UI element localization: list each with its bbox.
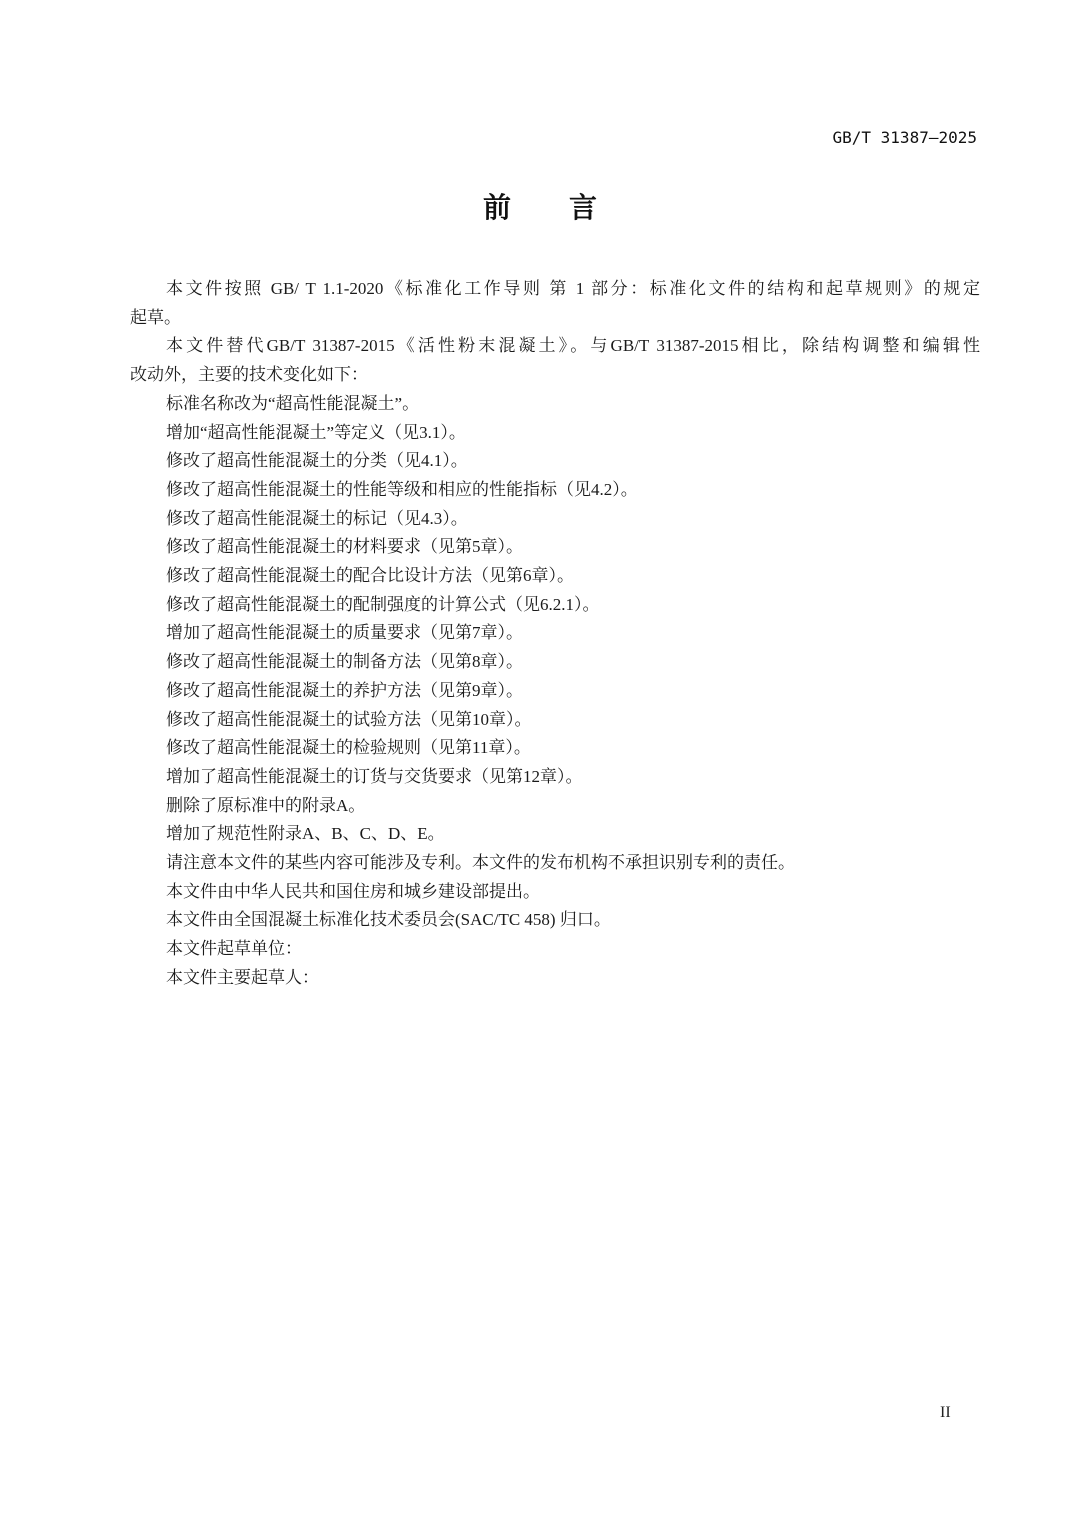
- main-drafters: 本文件主要起草人：: [130, 964, 980, 993]
- change-item: 增加“超高性能混凝土”等定义（见3.1）。: [130, 419, 980, 448]
- change-item: 标准名称改为“超高性能混凝土”。: [130, 390, 980, 419]
- drafting-organizations: 本文件起草单位：: [130, 935, 980, 964]
- paragraph-drafting-rules: 本文件按照 GB/ T 1.1-2020《标准化工作导则 第 1 部分：标准化文…: [130, 275, 980, 332]
- change-item: 修改了超高性能混凝土的标记（见4.3）。: [130, 505, 980, 534]
- standard-number: GB/T 31387—2025: [833, 128, 978, 147]
- change-item: 修改了超高性能混凝土的检验规则（见第11章）。: [130, 734, 980, 763]
- change-item: 修改了超高性能混凝土的试验方法（见第10章）。: [130, 706, 980, 735]
- change-item: 修改了超高性能混凝土的分类（见4.1）。: [130, 447, 980, 476]
- foreword-body: 本文件按照 GB/ T 1.1-2020《标准化工作导则 第 1 部分：标准化文…: [130, 275, 980, 993]
- change-item: 增加了超高性能混凝土的质量要求（见第7章）。: [130, 619, 980, 648]
- change-item: 修改了超高性能混凝土的配制强度的计算公式（见6.2.1）。: [130, 591, 980, 620]
- committee-statement: 本文件由全国混凝土标准化技术委员会(SAC/TC 458) 归口。: [130, 906, 980, 935]
- change-item: 删除了原标准中的附录A。: [130, 792, 980, 821]
- page-title-char-2: 言: [569, 186, 597, 226]
- change-item: 增加了规范性附录A、B、C、D、E。: [130, 820, 980, 849]
- paragraph-line: 改动外，主要的技术变化如下：: [130, 365, 368, 384]
- change-item: 修改了超高性能混凝土的养护方法（见第9章）。: [130, 677, 980, 706]
- page-title: 前言: [0, 186, 1080, 226]
- paragraph-replacement: 本文件替代GB/T 31387-2015《活性粉末混凝土》。与GB/T 3138…: [130, 332, 980, 389]
- change-item: 修改了超高性能混凝土的性能等级和相应的性能指标（见4.2）。: [130, 476, 980, 505]
- paragraph-line: 本文件替代GB/T 31387-2015《活性粉末混凝土》。与GB/T 3138…: [130, 332, 980, 361]
- page-number: II: [940, 1404, 951, 1422]
- change-item: 增加了超高性能混凝土的订货与交货要求（见第12章）。: [130, 763, 980, 792]
- change-item: 修改了超高性能混凝土的材料要求（见第5章）。: [130, 533, 980, 562]
- proposer-statement: 本文件由中华人民共和国住房和城乡建设部提出。: [130, 878, 980, 907]
- paragraph-line: 本文件按照 GB/ T 1.1-2020《标准化工作导则 第 1 部分：标准化文…: [130, 275, 980, 304]
- change-item: 修改了超高性能混凝土的配合比设计方法（见第6章）。: [130, 562, 980, 591]
- patent-notice: 请注意本文件的某些内容可能涉及专利。本文件的发布机构不承担识别专利的责任。: [130, 849, 980, 878]
- page-title-char-1: 前: [483, 186, 511, 226]
- paragraph-line: 起草。: [130, 308, 181, 327]
- change-item: 修改了超高性能混凝土的制备方法（见第8章）。: [130, 648, 980, 677]
